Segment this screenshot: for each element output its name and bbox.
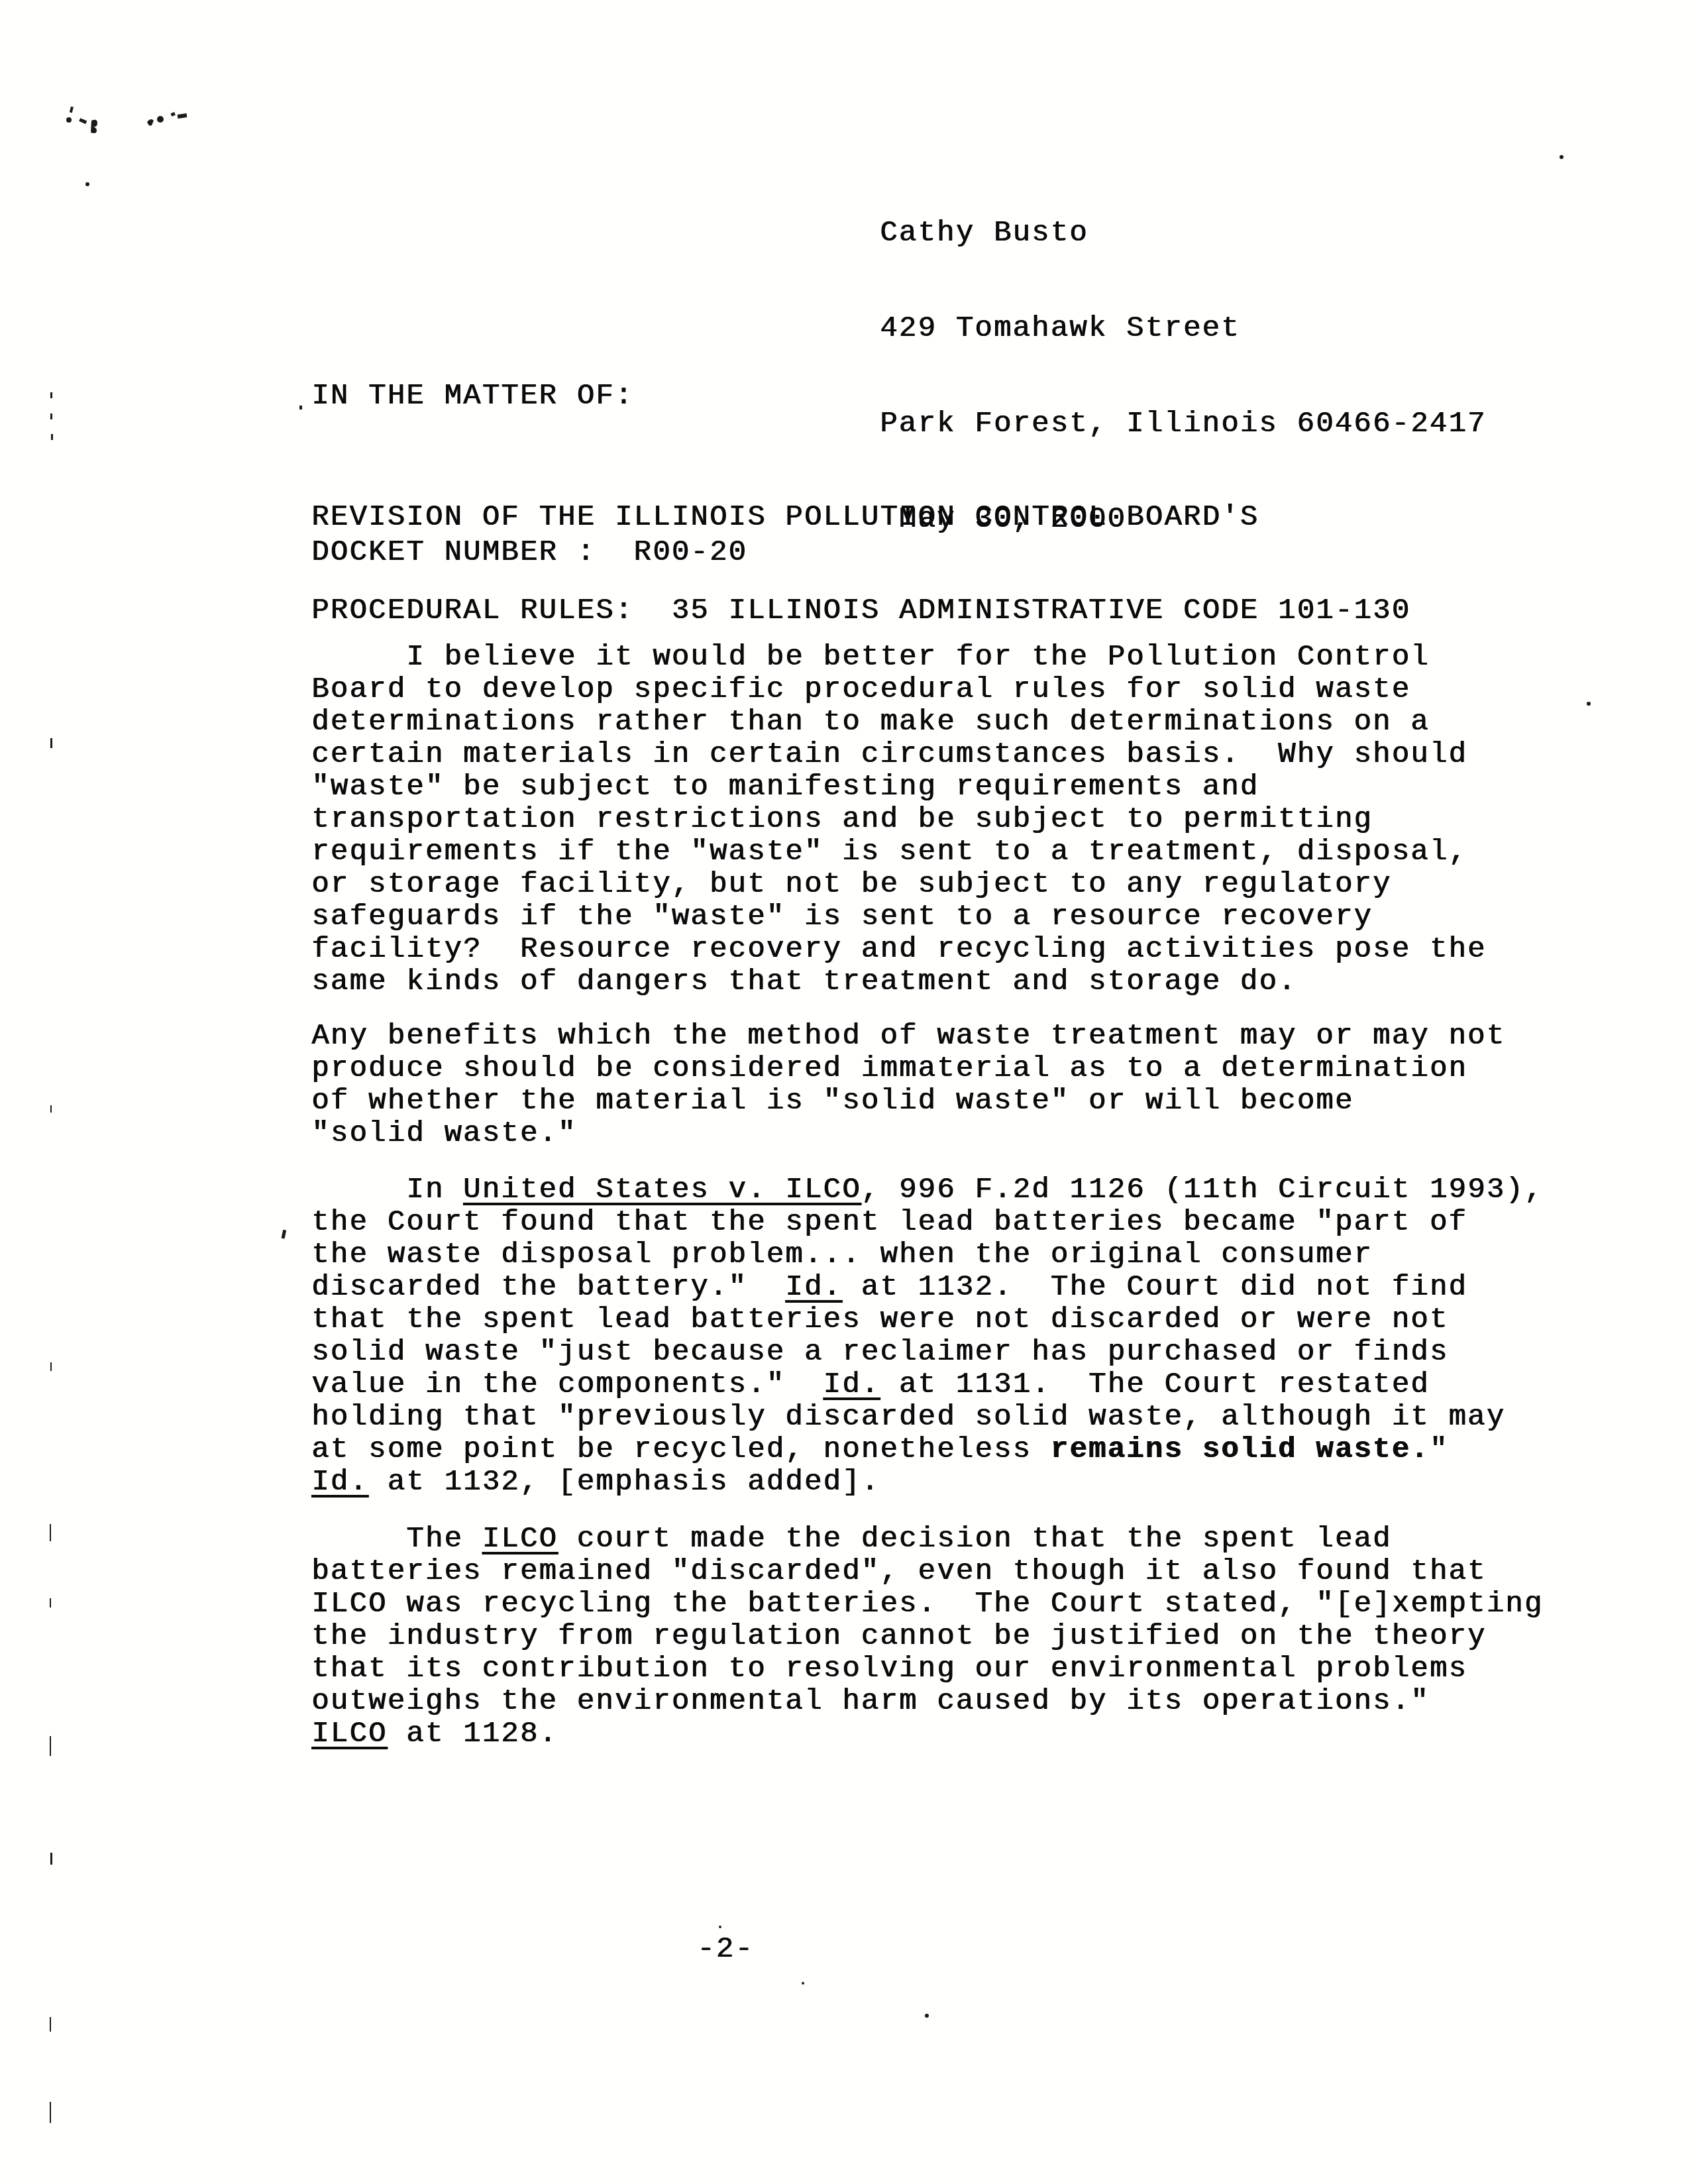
matter-title-line: PROCEDURAL RULES: 35 ILLINOIS ADMINISTRA…: [311, 596, 1410, 627]
paragraph-line: the Court found that the spent lead batt…: [311, 1207, 1543, 1239]
paragraph-line: "waste" be subject to manifesting requir…: [311, 771, 1486, 804]
paragraph-line: requirements if the "waste" is sent to a…: [311, 836, 1486, 869]
paragraph-line: at some point be recycled, nonetheless r…: [311, 1434, 1543, 1466]
paragraph-line: solid waste "just because a reclaimer ha…: [311, 1337, 1543, 1369]
paragraph-line: that its contribution to resolving our e…: [311, 1653, 1543, 1686]
paragraph-line: In United States v. ILCO, 996 F.2d 1126 …: [311, 1174, 1543, 1207]
paragraph-line: value in the components." Id. at 1131. T…: [311, 1369, 1543, 1401]
paragraph-line: safeguards if the "waste" is sent to a r…: [311, 901, 1486, 934]
paragraph-line: batteries remained "discarded", even tho…: [311, 1556, 1543, 1588]
paragraph-line: that the spent lead batteries were not d…: [311, 1304, 1543, 1337]
paragraph-line: The ILCO court made the decision that th…: [311, 1523, 1543, 1556]
sender-city-state-zip: Park Forest, Illinois 60466-2417: [880, 408, 1486, 440]
paragraph-line: I believe it would be better for the Pol…: [311, 641, 1486, 674]
paragraph-line: transportation restrictions and be subje…: [311, 804, 1486, 836]
matter-heading: IN THE MATTER OF:: [311, 380, 633, 413]
paragraph-line: Any benefits which the method of waste t…: [311, 1020, 1505, 1053]
paragraph-line: same kinds of dangers that treatment and…: [311, 966, 1486, 999]
sender-street: 429 Tomahawk Street: [880, 313, 1486, 345]
paragraph-line: determinations rather than to make such …: [311, 706, 1486, 739]
paragraph-line: the industry from regulation cannot be j…: [311, 1621, 1543, 1653]
sender-name: Cathy Busto: [880, 217, 1486, 249]
paragraph-line: facility? Resource recovery and recyclin…: [311, 934, 1486, 966]
page-number: -2-: [697, 1934, 754, 1966]
paragraph-line: outweighs the environmental harm caused …: [311, 1686, 1543, 1718]
paragraph-line: holding that "previously discarded solid…: [311, 1401, 1543, 1434]
body-paragraph: I believe it would be better for the Pol…: [311, 641, 1486, 999]
matter-title-line: REVISION OF THE ILLINOIS POLLUTION CONTR…: [311, 502, 1410, 533]
scanned-letter-page: Cathy Busto 429 Tomahawk Street Park For…: [0, 0, 1696, 2184]
paragraph-line: Id. at 1132, [emphasis added].: [311, 1466, 1543, 1499]
paragraph-line: or storage facility, but not be subject …: [311, 869, 1486, 901]
paragraph-line: "solid waste.": [311, 1118, 1505, 1150]
paragraph-line: discarded the battery." Id. at 1132. The…: [311, 1272, 1543, 1304]
docket-number: DOCKET NUMBER : R00-20: [311, 537, 747, 569]
body-paragraph: The ILCO court made the decision that th…: [311, 1523, 1543, 1751]
paragraph-line: produce should be considered immaterial …: [311, 1053, 1505, 1085]
paragraph-line: Board to develop specific procedural rul…: [311, 674, 1486, 706]
paragraph-line: of whether the material is "solid waste"…: [311, 1085, 1505, 1118]
paragraph-line: certain materials in certain circumstanc…: [311, 739, 1486, 771]
paragraph-line: ILCO at 1128.: [311, 1718, 1543, 1751]
body-paragraph: Any benefits which the method of waste t…: [311, 1020, 1505, 1150]
body-paragraph: In United States v. ILCO, 996 F.2d 1126 …: [311, 1174, 1543, 1499]
paragraph-line: ILCO was recycling the batteries. The Co…: [311, 1588, 1543, 1621]
paragraph-line: the waste disposal problem... when the o…: [311, 1239, 1543, 1272]
